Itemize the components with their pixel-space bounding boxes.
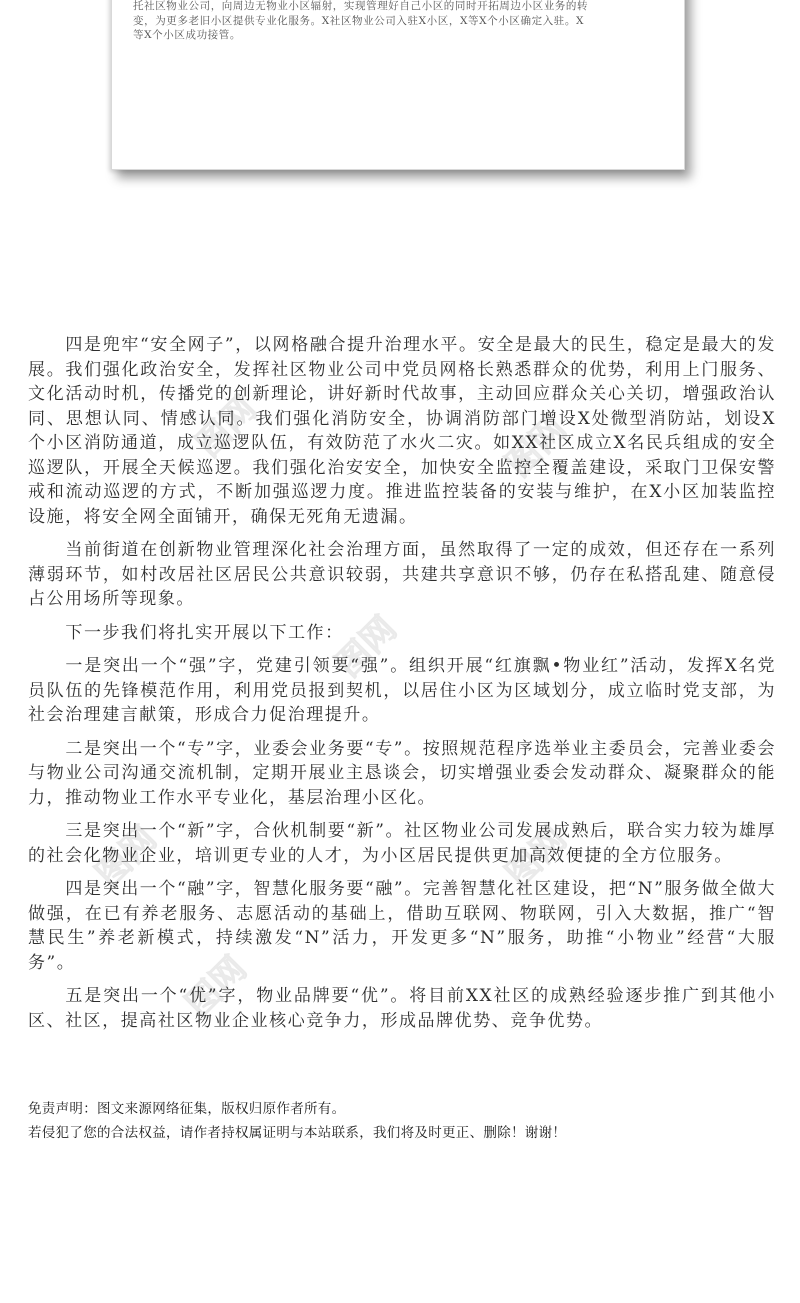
paragraph-step-new: 三是突出一个“新”字，合伙机制要“新”。社区物业公司发展成熟后，联合实力较为雄厚…	[28, 819, 776, 868]
paragraph-step-integration: 四是突出一个“融”字，智慧化服务要“融”。完善智慧化社区建设，把“N”服务做全做…	[28, 877, 776, 975]
article-body: 四是兜牢“安全网子”，以网格融合提升治理水平。安全是最大的民生，稳定是最大的发展…	[28, 333, 776, 1042]
disclaimer-line-contact: 若侵犯了您的合法权益，请作者持权属证明与本站联系，我们将及时更正、删除！谢谢！	[28, 1121, 728, 1145]
document-page-preview: 托社区物业公司，向周边无物业小区辐射，实现管理好自己小区的同时开拓周边小区业务的…	[111, 0, 685, 170]
paragraph-step-strong: 一是突出一个“强”字，党建引领要“强”。组织开展“红旗飘•物业红”活动，发挥X名…	[28, 654, 776, 728]
paragraph-safety-net: 四是兜牢“安全网子”，以网格融合提升治理水平。安全是最大的民生，稳定是最大的发展…	[28, 333, 776, 529]
page-preview-text: 托社区物业公司，向周边无物业小区辐射，实现管理好自己小区的同时开拓周边小区业务的…	[133, 0, 663, 43]
paragraph-weaknesses: 当前街道在创新物业管理深化社会治理方面，虽然取得了一定的成效，但还存在一系列薄弱…	[28, 538, 776, 612]
page-preview-line: 变，为更多老旧小区提供专业化服务。X社区物业公司入驻X小区，X等X个小区确定入驻…	[133, 14, 663, 29]
paragraph-step-professional: 二是突出一个“专”字，业委会业务要“专”。按照规范程序选举业主委员会，完善业委会…	[28, 737, 776, 811]
disclaimer: 免责声明：图文来源网络征集，版权归原作者所有。 若侵犯了您的合法权益，请作者持权…	[28, 1097, 728, 1145]
disclaimer-line-source: 免责声明：图文来源网络征集，版权归原作者所有。	[28, 1097, 728, 1121]
page-preview-line: 托社区物业公司，向周边无物业小区辐射，实现管理好自己小区的同时开拓周边小区业务的…	[133, 0, 663, 14]
paragraph-step-excellence: 五是突出一个“优”字，物业品牌要“优”。将目前XX社区的成熟经验逐步推广到其他小…	[28, 984, 776, 1033]
paragraph-next-steps-intro: 下一步我们将扎实开展以下工作：	[28, 621, 776, 646]
page-preview-line: 等X个小区成功接管。	[133, 28, 663, 43]
